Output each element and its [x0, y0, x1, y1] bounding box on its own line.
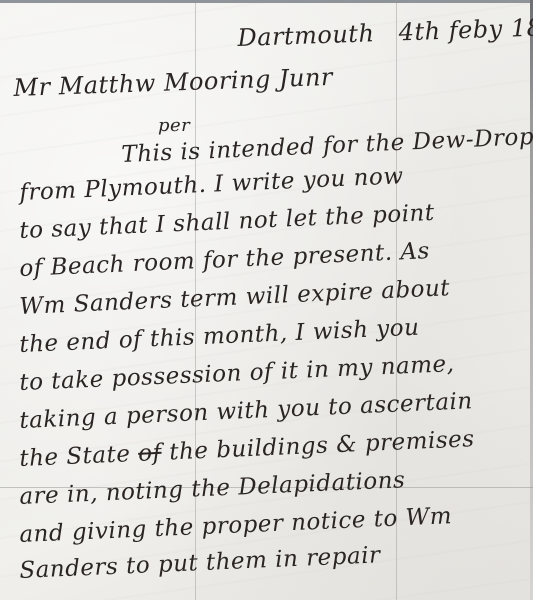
- body-line-9-end: the buildings & premises: [169, 426, 475, 465]
- letter-sheet: Dartmouth 4th feby 1833 Mr Matthw Moorin…: [0, 0, 533, 600]
- letter-place-date: Dartmouth 4th feby 1833: [237, 12, 533, 52]
- body-line-3: to say that I shall not let the point: [19, 200, 435, 244]
- letter-place: Dartmouth: [237, 19, 375, 52]
- letter-per: per: [158, 115, 190, 136]
- body-line-12: Sanders to put them in repair: [19, 542, 381, 584]
- body-line-8: taking a person with you to ascertain: [19, 388, 473, 434]
- scan-top-edge: [0, 0, 533, 3]
- body-line-9: the State of the buildings & premises: [19, 426, 475, 472]
- body-line-10: are in, noting the Delapidations: [19, 467, 406, 510]
- body-line-11: and giving the proper notice to Wm: [19, 503, 453, 548]
- body-line-2: from Plymouth. I write you now: [19, 163, 404, 206]
- body-line-9-start: the State: [19, 441, 131, 472]
- body-line-5: Wm Sanders term will expire about: [19, 275, 451, 320]
- letter-date: 4th feby 1833: [398, 12, 533, 46]
- body-line-6: the end of this month, I wish you: [19, 315, 420, 358]
- struck-word: of: [138, 440, 162, 467]
- body-line-4: of Beach room for the present. As: [19, 238, 430, 282]
- body-line-7: to take possession of it in my name,: [19, 351, 455, 396]
- letter-addressee: Mr Matthw Mooring Junr: [13, 63, 333, 102]
